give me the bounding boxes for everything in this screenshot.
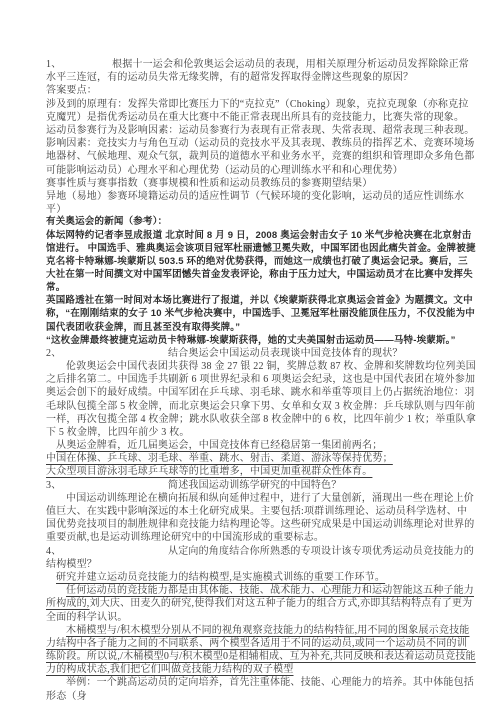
question-1-line: 1、根据十一运会和伦敦奥运会运动员的表现，用相关原理分析运动员发挥除除正常水平三…: [46, 58, 476, 84]
q2-underlined-point: 从奥运金牌看，近几届奥运会，中国竞技体育已经稳居第一集团前两名；: [46, 439, 476, 452]
answer-key-heading: 答案要点：: [46, 84, 476, 97]
question-4-line: 4、从定向的角度结合你所熟悉的专项设计该专项优秀运动员竞技能力的结构模型？: [46, 545, 476, 571]
q4-mixed-paragraph: 任何运动员的竞技能力都是由其体能、技能、战术能力、心理能力和运动智能这五种子能力…: [46, 584, 476, 624]
question-3-line: 3、简述我国运动训练学研究的中国特色？: [46, 479, 476, 492]
q1-answer-point: 异地（易地）参赛环境籍运动员的适应性调节（气候环境的变化影响，运动员的适应性训练…: [46, 190, 476, 216]
news-paragraph: “这枚金牌最终被捷克运动员卡特琳娜-埃蒙斯获得，她的丈夫美国射击运动员——马特-…: [46, 334, 476, 347]
question-3-number: 3、: [46, 479, 168, 492]
q1-answer-point: 涉及到的原理有：发挥失常即比赛压力下的“克拉克”（Choking）现象，克拉克现…: [46, 98, 476, 124]
q2-underlined-point: 中国在体操、乒乓球、羽毛球、举重、跳水、射击、柔道、游泳等保持优势；: [46, 452, 476, 465]
question-3-text: 简述我国运动训练学研究的中国特色？: [168, 480, 341, 491]
q2-answer-paragraph: 伦敦奥运会中国代表团共获得 38 金 27 银 22 铜，奖牌总数 87 枚、金…: [46, 360, 476, 439]
question-1-number: 1、: [46, 58, 112, 71]
document-page: 1、根据十一运会和伦敦奥运会运动员的表现，用相关原理分析运动员发挥除除正常水平三…: [0, 0, 496, 702]
q1-answer-point: 赛事性质与赛事指数（赛事规模和性质和运动员教练员的参赛期望结果）: [46, 177, 476, 190]
q1-answer-point: 运动员参赛行为及影响因素：运动员参赛行为表现有正常表现、失常表现、超常表现三种表…: [46, 124, 476, 137]
news-reference-heading: 有关奥运会的新闻（参考）：: [46, 216, 476, 229]
q4-rest-segment: 刘大庆、田麦久的研究,使得我们对这五种子能力的组合方式,亦即其结构特点有了更为全…: [46, 598, 472, 622]
question-2-number: 2、: [46, 347, 168, 360]
q4-underlined-intro: 研究并建立运动员竞技能力的结构模型,是实施模式训练的重要工作环节。: [46, 571, 476, 584]
q2-underlined-point: 大众型项目游泳羽毛球乒乓球等的比重增多，中国更加重视群众性体育。: [46, 465, 476, 478]
question-2-text: 结合奥运会中国运动员表现谈中国竞技体育的现状？: [168, 348, 403, 359]
news-paragraph: 英国路透社在第一时间对本场比赛进行了报道，并以《埃蒙斯获得北京奥运会首金》为题撰…: [46, 294, 476, 333]
q3-answer-paragraph: 中国运动训练理论在横向拓展和纵向延伸过程中，进行了大量创新，涌现出一些在理论上价…: [46, 492, 476, 545]
q4-underlined-paragraph: 木桶模型与/积木模型分别从不同的视角观察竞技能力的结构特征,用不同的图象展示竞技…: [46, 624, 476, 677]
question-4-number: 4、: [46, 545, 168, 558]
news-paragraph: 体坛网特约记者李昱成报道 北京时间 8 月 9 日，2008 奥运会射击女子 1…: [46, 229, 476, 295]
q1-answer-point: 影响因素：竞技实力与角色互动（运动员的竞技水平及其表现、教练员的指挥艺术、竞赛环…: [46, 137, 476, 177]
question-2-line: 2、结合奥运会中国运动员表现谈中国竞技体育的现状？: [46, 347, 476, 360]
q4-example-paragraph: 举例：一个跳高运动员的定向培养，首先注重体能、技能、心理能力的培养。其中体能包括…: [46, 676, 476, 702]
